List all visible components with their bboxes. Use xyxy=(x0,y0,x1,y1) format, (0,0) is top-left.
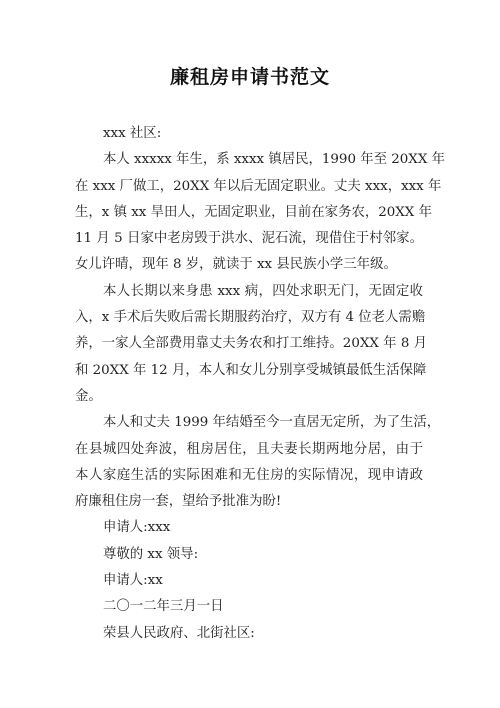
document-title: 廉租房申请书范文 xyxy=(0,62,500,89)
applicant-signature: 申请人:xxx xyxy=(75,515,423,541)
closing-block: 申请人:xxx 尊敬的 xx 领导: 申请人:xx 二〇一二年三月一日 荣县人民… xyxy=(75,515,423,646)
applicant-signature-2: 申请人:xx xyxy=(75,568,423,594)
paragraph-line: 在 xxx 厂做工，20XX 年以后无固定职业。丈夫 xxx，xxx 年 xyxy=(75,174,423,200)
document-page: 廉租房申请书范文 xxx 社区: 本人 xxxxx 年生，系 xxxx 镇居民，… xyxy=(0,0,500,708)
date-line: 二〇一二年三月一日 xyxy=(75,594,423,620)
paragraph-line: 本人长期以来身患 xxx 病，四处求职无门，无固定收 xyxy=(75,279,423,305)
addressee-line: 荣县人民政府、北街社区: xyxy=(75,621,423,647)
paragraph-line: 本人 xxxxx 年生，系 xxxx 镇居民，1990 年至 20XX 年 xyxy=(75,147,423,173)
paragraph-line: 府廉租住房一套，望给予批准为盼! xyxy=(75,489,423,515)
paragraph-line: 本人家庭生活的实际困难和无住房的实际情况，现申请政 xyxy=(75,463,423,489)
paragraph-line: 入，x 手术后失败后需长期服药治疗，双方有 4 位老人需赡 xyxy=(75,305,423,331)
recipient-greeting: 尊敬的 xx 领导: xyxy=(75,542,423,568)
paragraph-line: 和 20XX 年 12 月，本人和女儿分别享受城镇最低生活保障 xyxy=(75,358,423,384)
paragraph-2: 本人长期以来身患 xxx 病，四处求职无门，无固定收 入，x 手术后失败后需长期… xyxy=(75,279,423,410)
paragraph-line: 在县城四处奔波，租房居住，且夫妻长期两地分居，由于 xyxy=(75,437,423,463)
paragraph-3: 本人和丈夫 1999 年结婚至今一直居无定所，为了生活， 在县城四处奔波，租房居… xyxy=(75,410,423,515)
paragraph-line: 11 月 5 日家中老房毁于洪水、泥石流，现借住于村邻家。 xyxy=(75,226,423,252)
document-body: xxx 社区: 本人 xxxxx 年生，系 xxxx 镇居民，1990 年至 2… xyxy=(75,121,423,647)
paragraph-line: 女儿许晴，现年 8 岁，就读于 xx 县民族小学三年级。 xyxy=(75,252,423,278)
paragraph-1: 本人 xxxxx 年生，系 xxxx 镇居民，1990 年至 20XX 年 在 … xyxy=(75,147,423,278)
paragraph-line: 本人和丈夫 1999 年结婚至今一直居无定所，为了生活， xyxy=(75,410,423,436)
paragraph-line: 养，一家人全部费用靠丈夫务农和打工维持。20XX 年 8 月 xyxy=(75,331,423,357)
paragraph-line: 金。 xyxy=(75,384,423,410)
salutation: xxx 社区: xyxy=(75,121,423,147)
paragraph-line: 生，x 镇 xx 旱田人，无固定职业，目前在家务农，20XX 年 xyxy=(75,200,423,226)
